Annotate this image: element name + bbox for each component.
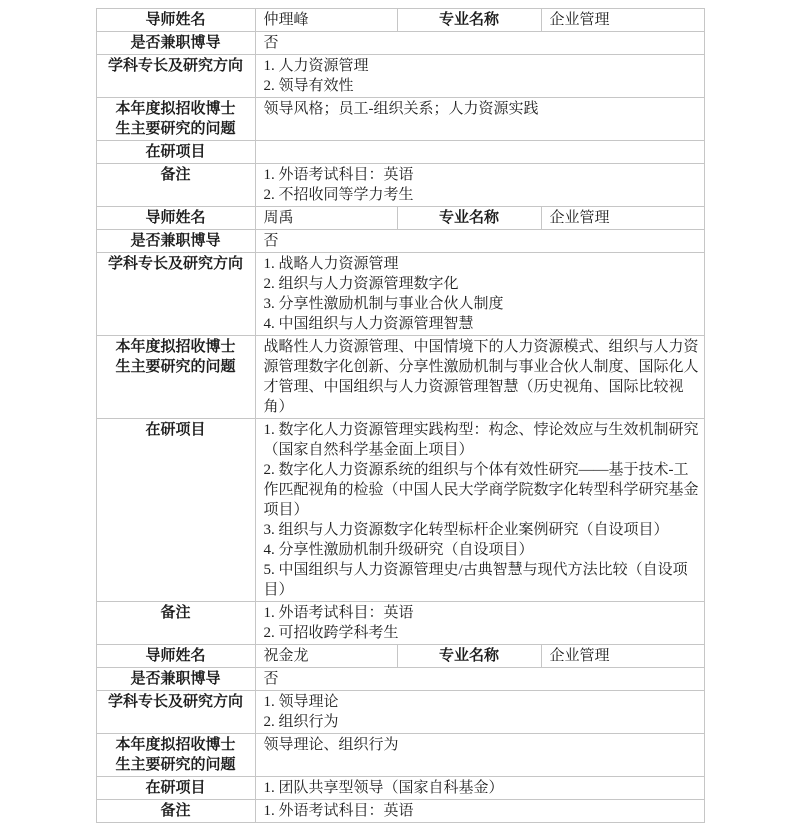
- supervisor-name-label: 导师姓名: [96, 207, 255, 230]
- projects-label: 在研项目: [96, 419, 255, 602]
- parttime-value: 否: [255, 668, 704, 691]
- projects-value: 1. 数字化人力资源管理实践构型：构念、悖论效应与生效机制研究（国家自然科学基金…: [255, 419, 704, 602]
- table-row: 导师姓名 祝金龙 专业名称 企业管理: [96, 645, 704, 668]
- table-row: 学科专长及研究方向 1. 人力资源管理 2. 领导有效性: [96, 55, 704, 98]
- table-row: 本年度拟招收博士 生主要研究的问题 领导理论、组织行为: [96, 734, 704, 777]
- research-questions-label: 本年度拟招收博士 生主要研究的问题: [96, 734, 255, 777]
- parttime-label: 是否兼职博导: [96, 668, 255, 691]
- major-name-value: 企业管理: [541, 207, 704, 230]
- table-row: 备注 1. 外语考试科目：英语 2. 不招收同等学力考生: [96, 164, 704, 207]
- table-row: 本年度拟招收博士 生主要研究的问题 战略性人力资源管理、中国情境下的人力资源模式…: [96, 336, 704, 419]
- remarks-value: 1. 外语考试科目：英语: [255, 800, 704, 823]
- research-questions-value: 领导风格；员工-组织关系；人力资源实践: [255, 98, 704, 141]
- table-row: 导师姓名 周禹 专业名称 企业管理: [96, 207, 704, 230]
- table-row: 是否兼职博导 否: [96, 230, 704, 253]
- supervisor-name-value: 仲理峰: [255, 9, 397, 32]
- projects-label: 在研项目: [96, 777, 255, 800]
- parttime-value: 否: [255, 230, 704, 253]
- remarks-label: 备注: [96, 800, 255, 823]
- parttime-label: 是否兼职博导: [96, 32, 255, 55]
- table-row: 在研项目 1. 团队共享型领导（国家自科基金）: [96, 777, 704, 800]
- expertise-value: 1. 人力资源管理 2. 领导有效性: [255, 55, 704, 98]
- supervisor-name-value: 周禹: [255, 207, 397, 230]
- major-name-value: 企业管理: [541, 645, 704, 668]
- remarks-label: 备注: [96, 602, 255, 645]
- expertise-label: 学科专长及研究方向: [96, 55, 255, 98]
- expertise-value: 1. 战略人力资源管理 2. 组织与人力资源管理数字化 3. 分享性激励机制与事…: [255, 253, 704, 336]
- research-questions-label: 本年度拟招收博士 生主要研究的问题: [96, 336, 255, 419]
- major-name-label: 专业名称: [397, 9, 541, 32]
- table-row: 学科专长及研究方向 1. 领导理论 2. 组织行为: [96, 691, 704, 734]
- remarks-value: 1. 外语考试科目：英语 2. 可招收跨学科考生: [255, 602, 704, 645]
- table-row: 学科专长及研究方向 1. 战略人力资源管理 2. 组织与人力资源管理数字化 3.…: [96, 253, 704, 336]
- expertise-value: 1. 领导理论 2. 组织行为: [255, 691, 704, 734]
- table-row: 在研项目 1. 数字化人力资源管理实践构型：构念、悖论效应与生效机制研究（国家自…: [96, 419, 704, 602]
- supervisors-table: 导师姓名 仲理峰 专业名称 企业管理 是否兼职博导 否 学科专长及研究方向 1.…: [96, 8, 705, 823]
- table-row: 本年度拟招收博士 生主要研究的问题 领导风格；员工-组织关系；人力资源实践: [96, 98, 704, 141]
- table-row: 是否兼职博导 否: [96, 32, 704, 55]
- supervisor-name-value: 祝金龙: [255, 645, 397, 668]
- parttime-label: 是否兼职博导: [96, 230, 255, 253]
- table-row: 是否兼职博导 否: [96, 668, 704, 691]
- table-row: 在研项目: [96, 141, 704, 164]
- expertise-label: 学科专长及研究方向: [96, 253, 255, 336]
- supervisor-name-label: 导师姓名: [96, 645, 255, 668]
- major-name-label: 专业名称: [397, 207, 541, 230]
- table-row: 导师姓名 仲理峰 专业名称 企业管理: [96, 9, 704, 32]
- research-questions-value: 战略性人力资源管理、中国情境下的人力资源模式、组织与人力资源管理数字化创新、分享…: [255, 336, 704, 419]
- projects-label: 在研项目: [96, 141, 255, 164]
- major-name-value: 企业管理: [541, 9, 704, 32]
- research-questions-label: 本年度拟招收博士 生主要研究的问题: [96, 98, 255, 141]
- remarks-value: 1. 外语考试科目：英语 2. 不招收同等学力考生: [255, 164, 704, 207]
- table-row: 备注 1. 外语考试科目：英语: [96, 800, 704, 823]
- research-questions-value: 领导理论、组织行为: [255, 734, 704, 777]
- parttime-value: 否: [255, 32, 704, 55]
- projects-value: 1. 团队共享型领导（国家自科基金）: [255, 777, 704, 800]
- table-row: 备注 1. 外语考试科目：英语 2. 可招收跨学科考生: [96, 602, 704, 645]
- supervisor-name-label: 导师姓名: [96, 9, 255, 32]
- projects-value: [255, 141, 704, 164]
- expertise-label: 学科专长及研究方向: [96, 691, 255, 734]
- major-name-label: 专业名称: [397, 645, 541, 668]
- remarks-label: 备注: [96, 164, 255, 207]
